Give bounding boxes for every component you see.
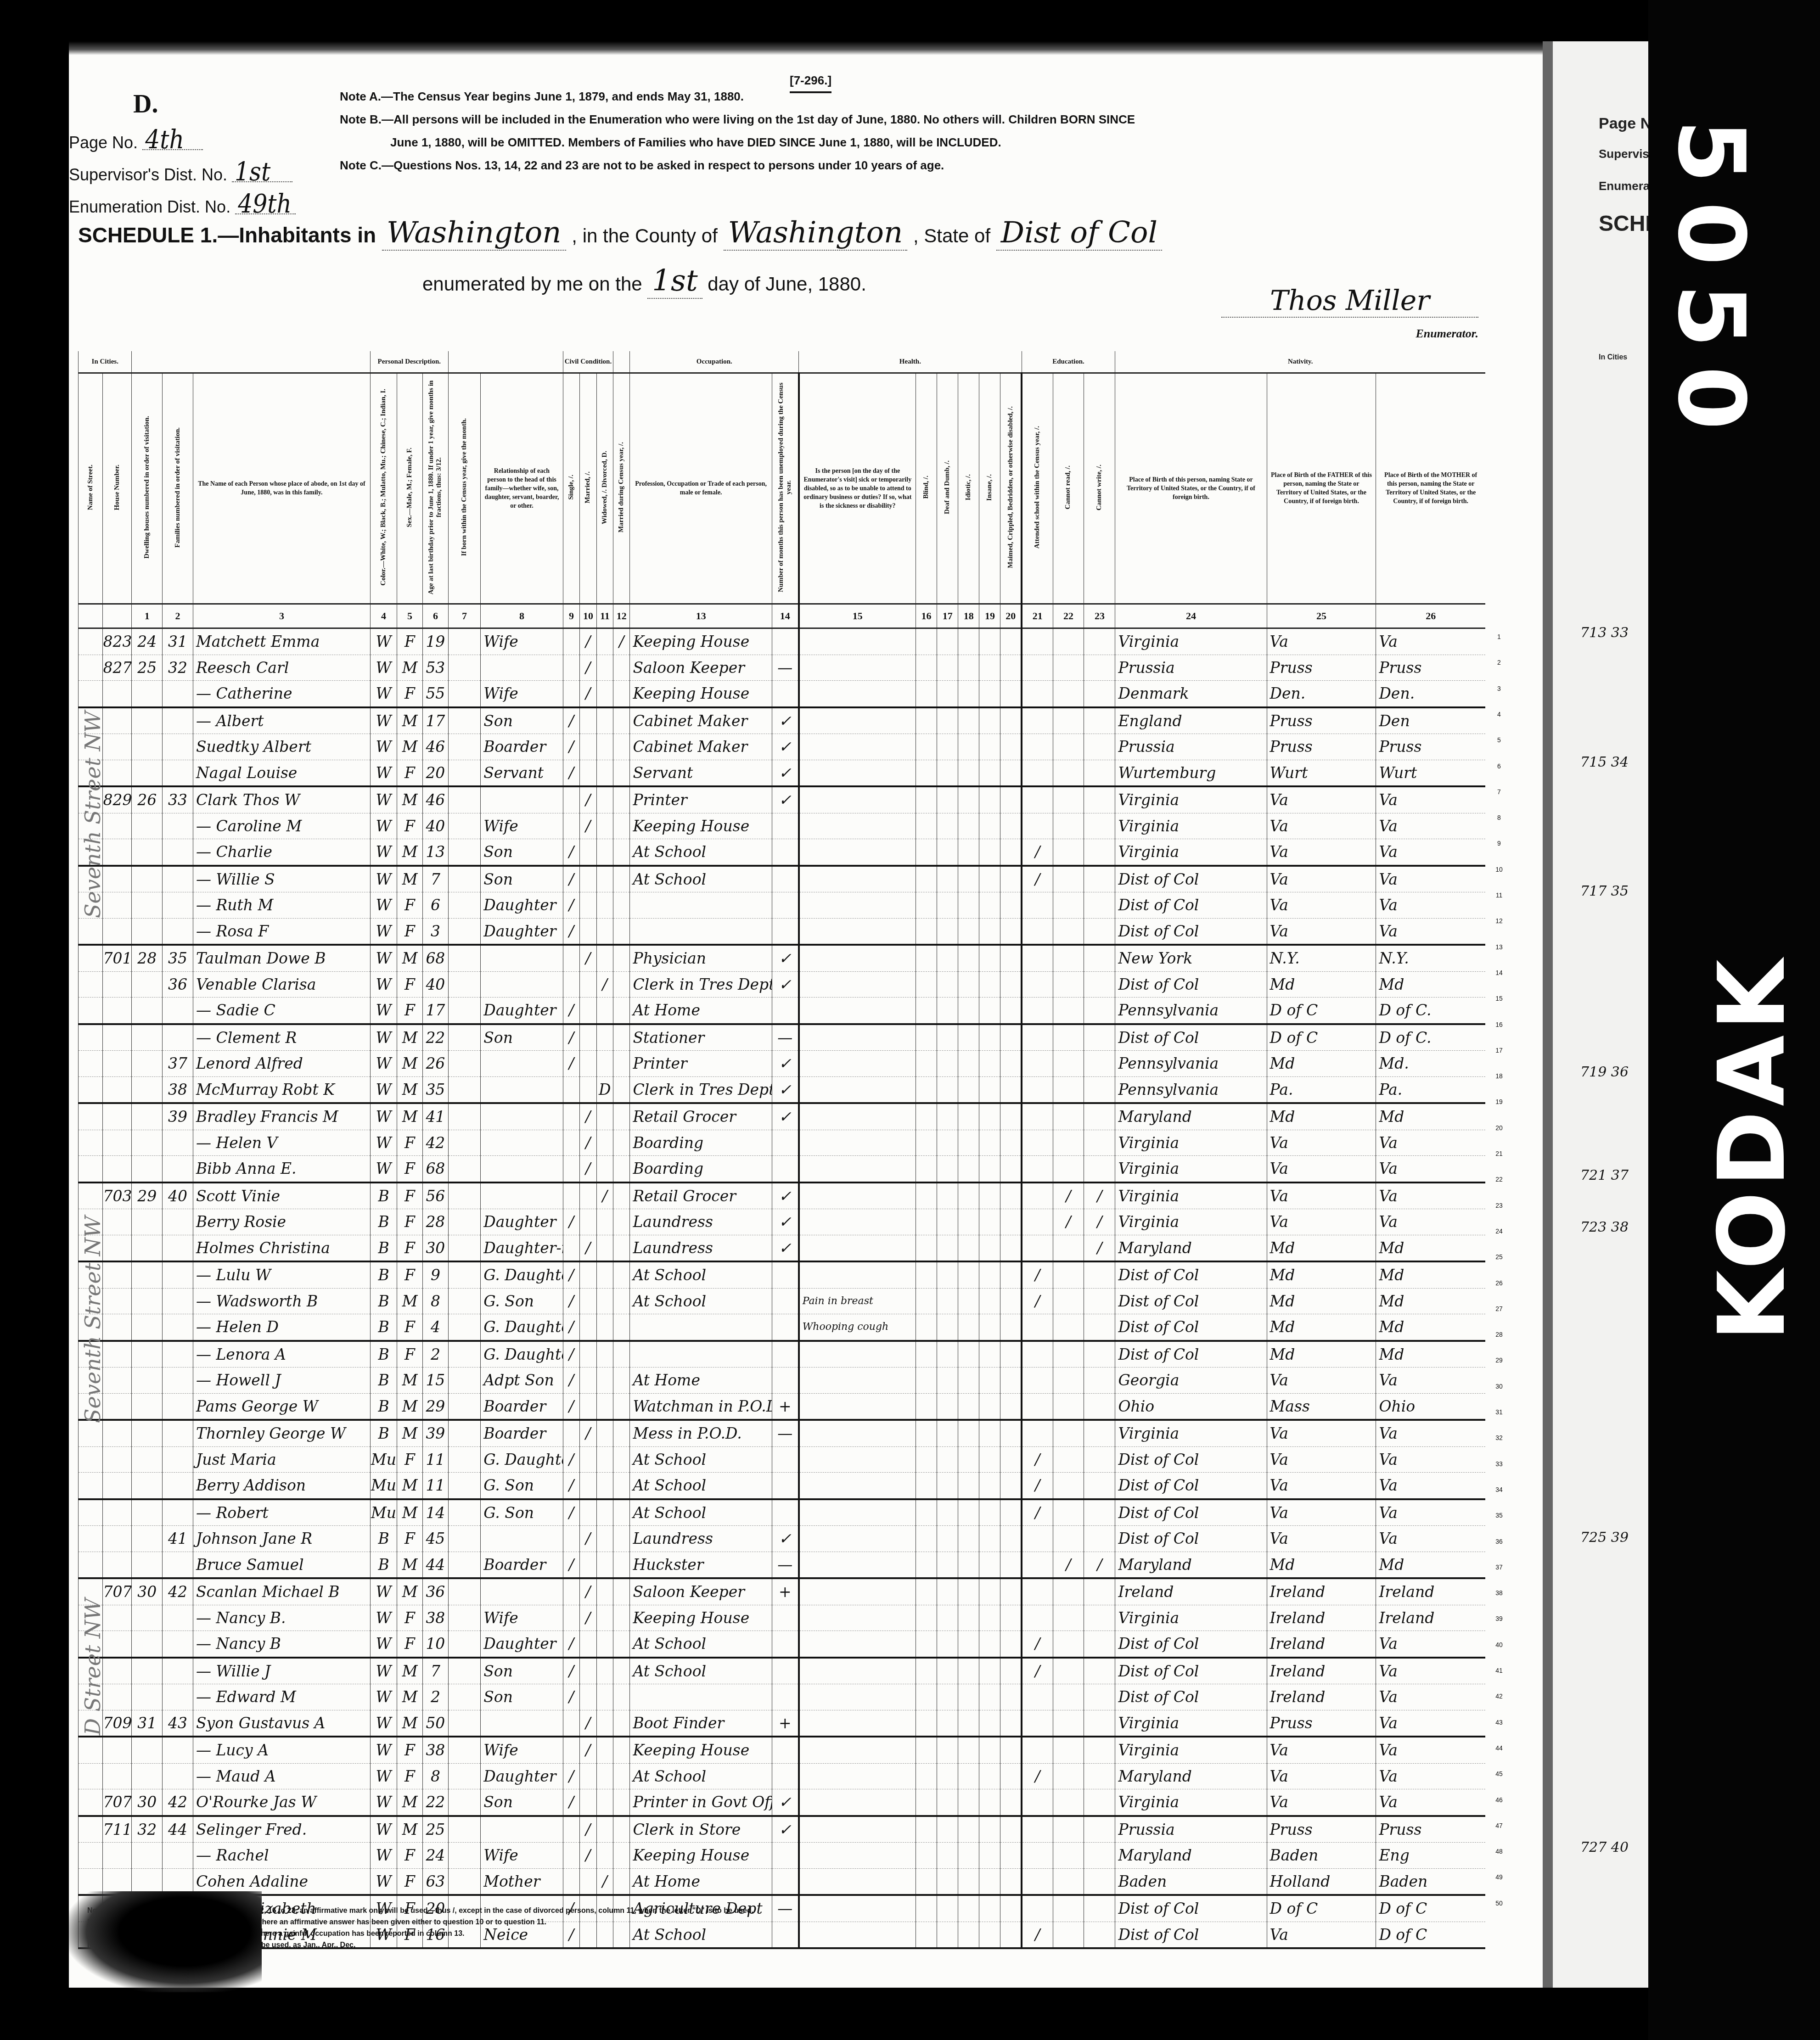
unemployed-cell: — — [772, 1420, 798, 1446]
header-occupation: Profession, Occupation or Trade of each … — [630, 373, 772, 604]
single-cell — [563, 945, 579, 971]
occupation-cell: Keeping House — [630, 1605, 772, 1631]
idiotic-cell — [958, 1710, 979, 1737]
deaf-cell — [937, 1552, 958, 1578]
father-birthplace-cell: Va — [1267, 1526, 1376, 1552]
deaf-cell — [937, 1420, 958, 1446]
cannot-write-cell — [1084, 1922, 1115, 1948]
deaf-cell — [937, 839, 958, 866]
birthplace-cell: Virginia — [1115, 1710, 1267, 1737]
cannot-read-cell — [1053, 1156, 1084, 1183]
mother-birthplace-cell: Wurt — [1376, 760, 1485, 786]
cannot-write-cell — [1084, 1341, 1115, 1367]
street-cell — [79, 1420, 103, 1446]
dwelling-cell — [132, 971, 163, 998]
color-cell: W — [370, 707, 397, 734]
name-cell: — Rachel — [193, 1843, 370, 1869]
married-year-cell — [613, 1024, 630, 1051]
enumeration-district-value: 49th — [235, 195, 296, 214]
family-cell — [163, 1156, 193, 1183]
cannot-write-cell — [1084, 1420, 1115, 1446]
note-a: Note A.—The Census Year begins June 1, 1… — [340, 85, 1442, 108]
maimed-cell — [1000, 1051, 1022, 1077]
maimed-cell — [1000, 1341, 1022, 1367]
married-cell — [580, 971, 596, 998]
occupation-cell: Laundress — [630, 1209, 772, 1235]
idiotic-cell — [958, 1288, 979, 1314]
dwelling-cell — [132, 813, 163, 839]
idiotic-cell — [958, 786, 979, 813]
color-cell: W — [370, 945, 397, 971]
name-cell: Selinger Fred. — [193, 1816, 370, 1843]
mother-birthplace-cell: D of C. — [1376, 998, 1485, 1024]
birthplace-cell: Dist of Col — [1115, 1499, 1267, 1526]
idiotic-cell — [958, 681, 979, 707]
group-civil-condition: Civil Condition. — [563, 351, 613, 373]
father-birthplace-cell: Md — [1267, 1051, 1376, 1077]
house-number-cell — [103, 1103, 132, 1130]
idiotic-cell — [958, 1526, 979, 1552]
occupation-cell: At School — [630, 1473, 772, 1499]
house-number-cell — [103, 998, 132, 1024]
idiotic-cell — [958, 1024, 979, 1051]
single-cell — [563, 1156, 579, 1183]
cannot-read-cell — [1053, 734, 1084, 760]
single-cell — [563, 1235, 579, 1261]
blind-cell — [916, 1658, 937, 1684]
enumerated-prefix: enumerated by me on the — [422, 273, 642, 295]
insane-cell — [979, 1868, 1000, 1895]
sickness-cell — [799, 1367, 916, 1394]
insane-cell — [979, 998, 1000, 1024]
birth-month-cell — [448, 813, 480, 839]
widowed-cell — [596, 1446, 613, 1473]
house-number-cell — [103, 1051, 132, 1077]
school-cell: / — [1022, 1261, 1053, 1288]
cannot-read-cell — [1053, 1235, 1084, 1261]
age-cell: 55 — [422, 681, 448, 707]
cannot-read-cell: / — [1053, 1209, 1084, 1235]
cannot-write-cell — [1084, 734, 1115, 760]
supervisor-district-value: 1st — [232, 163, 292, 182]
census-row: 7012835Taulman Dowe BWM68/Physician✓New … — [79, 945, 1486, 971]
school-cell: / — [1022, 1922, 1053, 1948]
married-cell — [580, 1499, 596, 1526]
single-cell — [563, 1868, 579, 1895]
house-number-cell — [103, 1499, 132, 1526]
deaf-cell — [937, 1526, 958, 1552]
maimed-cell — [1000, 1658, 1022, 1684]
maimed-cell — [1000, 1843, 1022, 1869]
married-cell: / — [580, 1605, 596, 1631]
unemployed-cell: + — [772, 1393, 798, 1420]
mother-birthplace-cell: D of C — [1376, 1922, 1485, 1948]
insane-cell — [979, 1684, 1000, 1710]
census-row: 7093143Syon Gustavus AWM50/Boot Finder+V… — [79, 1710, 1486, 1737]
group-blank-2 — [448, 351, 563, 373]
idiotic-cell — [958, 1183, 979, 1209]
cannot-read-cell — [1053, 1710, 1084, 1737]
idiotic-cell — [958, 1103, 979, 1130]
maimed-cell — [1000, 998, 1022, 1024]
married-cell — [580, 998, 596, 1024]
group-occupation: Occupation. — [630, 351, 799, 373]
film-roll-number: 5050 — [1657, 119, 1764, 448]
idiotic-cell — [958, 1420, 979, 1446]
sex-cell: F — [397, 1314, 423, 1341]
unemployed-cell — [772, 866, 798, 892]
father-birthplace-cell: D of C — [1267, 1024, 1376, 1051]
mother-birthplace-cell: Md. — [1376, 1051, 1485, 1077]
father-birthplace-cell: Pruss — [1267, 655, 1376, 681]
color-cell: W — [370, 1763, 397, 1789]
age-cell: 38 — [422, 1605, 448, 1631]
sickness-cell — [799, 971, 916, 998]
dwelling-cell: 25 — [132, 655, 163, 681]
name-cell: Pams George W — [193, 1393, 370, 1420]
idiotic-cell — [958, 998, 979, 1024]
birthplace-cell: Dist of Col — [1115, 892, 1267, 919]
house-number-cell — [103, 1552, 132, 1578]
name-cell: — Edward M — [193, 1684, 370, 1710]
deaf-cell — [937, 1393, 958, 1420]
sickness-cell — [799, 1552, 916, 1578]
married-cell — [580, 1341, 596, 1367]
married-cell — [580, 866, 596, 892]
sex-cell: F — [397, 760, 423, 786]
idiotic-cell — [958, 1261, 979, 1288]
married-year-cell — [613, 918, 630, 945]
relationship-cell: Daughter — [481, 918, 563, 945]
name-cell: Venable Clarisa — [193, 971, 370, 998]
occupation-cell: Clerk in Store — [630, 1816, 772, 1843]
occupation-cell: At Home — [630, 1367, 772, 1394]
school-cell — [1022, 1816, 1053, 1843]
father-birthplace-cell: Va — [1267, 1499, 1376, 1526]
blind-cell — [916, 1288, 937, 1314]
insane-cell — [979, 1789, 1000, 1816]
father-birthplace-cell: Baden — [1267, 1843, 1376, 1869]
sex-cell: M — [397, 839, 423, 866]
insane-cell — [979, 1420, 1000, 1446]
blind-cell — [916, 1684, 937, 1710]
house-number-cell — [103, 1605, 132, 1631]
margin-street-annotation-1: Seventh Street NW — [80, 643, 105, 918]
father-birthplace-cell: Md — [1267, 1314, 1376, 1341]
cannot-read-cell — [1053, 1789, 1084, 1816]
dwelling-cell — [132, 1684, 163, 1710]
sickness-cell — [799, 1024, 916, 1051]
blind-cell — [916, 1868, 937, 1895]
married-year-cell — [613, 1578, 630, 1605]
idiotic-cell — [958, 1789, 979, 1816]
deaf-cell — [937, 1367, 958, 1394]
color-cell: W — [370, 1578, 397, 1605]
census-row: — Willie SWM7Son/At School/Dist of ColVa… — [79, 866, 1486, 892]
row-number: 44 — [1490, 1744, 1508, 1752]
birthplace-cell: Pennsylvania — [1115, 1051, 1267, 1077]
sickness-cell: Whooping cough — [799, 1314, 916, 1341]
family-cell — [163, 839, 193, 866]
insane-cell — [979, 628, 1000, 655]
school-cell — [1022, 707, 1053, 734]
street-cell — [79, 1024, 103, 1051]
father-birthplace-cell: Md — [1267, 1103, 1376, 1130]
column-number: 21 — [1022, 604, 1053, 628]
mother-birthplace-cell: Md — [1376, 1552, 1485, 1578]
deaf-cell — [937, 707, 958, 734]
father-birthplace-cell: Va — [1267, 918, 1376, 945]
married-year-cell — [613, 1868, 630, 1895]
married-year-cell — [613, 1235, 630, 1261]
birth-month-cell — [448, 1209, 480, 1235]
mother-birthplace-cell: Ohio — [1376, 1393, 1485, 1420]
census-row: — Maud AWF8Daughter/At School/MarylandVa… — [79, 1763, 1486, 1789]
mother-birthplace-cell: Md — [1376, 1288, 1485, 1314]
occupation-cell: Keeping House — [630, 681, 772, 707]
cannot-write-cell — [1084, 1684, 1115, 1710]
column-number: 3 — [193, 604, 370, 628]
widowed-cell — [596, 1103, 613, 1130]
occupation-cell: Printer — [630, 1051, 772, 1077]
birth-month-cell — [448, 1341, 480, 1367]
dwelling-cell — [132, 1261, 163, 1288]
blind-cell — [916, 1446, 937, 1473]
deaf-cell — [937, 1868, 958, 1895]
birthplace-cell: Dist of Col — [1115, 1261, 1267, 1288]
insane-cell — [979, 1288, 1000, 1314]
sickness-cell — [799, 1658, 916, 1684]
birthplace-cell: Maryland — [1115, 1763, 1267, 1789]
school-cell — [1022, 681, 1053, 707]
mother-birthplace-cell: Va — [1376, 813, 1485, 839]
maimed-cell — [1000, 1710, 1022, 1737]
married-cell — [580, 1473, 596, 1499]
married-year-cell — [613, 786, 630, 813]
father-birthplace-cell: Md — [1267, 1341, 1376, 1367]
dwelling-cell — [132, 1051, 163, 1077]
age-cell: 46 — [422, 734, 448, 760]
blind-cell — [916, 1578, 937, 1605]
header-deaf-dumb: Deaf and Dumb, /. — [937, 373, 958, 604]
family-cell: 36 — [163, 971, 193, 998]
house-number-cell — [103, 1235, 132, 1261]
relationship-cell: Son — [481, 1684, 563, 1710]
father-birthplace-cell: Pa. — [1267, 1076, 1376, 1103]
occupation-cell — [630, 1684, 772, 1710]
relationship-cell: Wife — [481, 813, 563, 839]
maimed-cell — [1000, 1789, 1022, 1816]
single-cell — [563, 1183, 579, 1209]
sickness-cell — [799, 1156, 916, 1183]
occupation-cell: At School — [630, 1631, 772, 1658]
school-cell — [1022, 971, 1053, 998]
birth-month-cell — [448, 1789, 480, 1816]
insane-cell — [979, 1578, 1000, 1605]
maimed-cell — [1000, 1209, 1022, 1235]
occupation-cell: Keeping House — [630, 813, 772, 839]
family-cell — [163, 918, 193, 945]
color-cell: B — [370, 1183, 397, 1209]
school-cell — [1022, 892, 1053, 919]
dwelling-cell — [132, 918, 163, 945]
maimed-cell — [1000, 655, 1022, 681]
deaf-cell — [937, 1605, 958, 1631]
street-cell — [79, 1843, 103, 1869]
mother-birthplace-cell: Eng — [1376, 1843, 1485, 1869]
occupation-cell: Boot Finder — [630, 1710, 772, 1737]
birth-month-cell — [448, 1367, 480, 1394]
birthplace-cell: Maryland — [1115, 1552, 1267, 1578]
row-number: 11 — [1490, 891, 1508, 899]
dwelling-cell — [132, 1209, 163, 1235]
occupation-cell: At Home — [630, 998, 772, 1024]
census-row: Berry AddisonMuM11G. Son/At School/Dist … — [79, 1473, 1486, 1499]
column-number: 8 — [481, 604, 563, 628]
name-cell: — Lenora A — [193, 1341, 370, 1367]
age-cell: 17 — [422, 707, 448, 734]
sex-cell: F — [397, 1209, 423, 1235]
relationship-cell: G. Daughter — [481, 1446, 563, 1473]
blind-cell — [916, 1473, 937, 1499]
birth-month-cell — [448, 734, 480, 760]
idiotic-cell — [958, 1076, 979, 1103]
cannot-read-cell — [1053, 1499, 1084, 1526]
married-year-cell — [613, 1526, 630, 1552]
occupation-cell: Huckster — [630, 1552, 772, 1578]
dwelling-cell — [132, 1314, 163, 1341]
family-cell: 33 — [163, 786, 193, 813]
birthplace-cell: Virginia — [1115, 1789, 1267, 1816]
father-birthplace-cell: Va — [1267, 866, 1376, 892]
census-row: 7032940Scott VinieBF56/Retail Grocer✓//V… — [79, 1183, 1486, 1209]
birth-month-cell — [448, 760, 480, 786]
age-cell: 29 — [422, 1393, 448, 1420]
insane-cell — [979, 813, 1000, 839]
deaf-cell — [937, 1816, 958, 1843]
father-birthplace-cell: Va — [1267, 628, 1376, 655]
mother-birthplace-cell: Va — [1376, 1473, 1485, 1499]
cannot-write-cell — [1084, 918, 1115, 945]
insane-cell — [979, 1130, 1000, 1156]
cannot-write-cell — [1084, 1103, 1115, 1130]
school-cell: / — [1022, 1446, 1053, 1473]
single-cell: / — [563, 1051, 579, 1077]
idiotic-cell — [958, 1367, 979, 1394]
house-number-cell — [103, 1341, 132, 1367]
group-education: Education. — [1022, 351, 1115, 373]
row-number: 37 — [1490, 1564, 1508, 1571]
relationship-cell: Adpt Son — [481, 1367, 563, 1394]
father-birthplace-cell: Va — [1267, 1183, 1376, 1209]
school-cell — [1022, 655, 1053, 681]
unemployed-cell: — — [772, 1895, 798, 1922]
census-row: — Helen VWF42/BoardingVirginiaVaVa — [79, 1130, 1486, 1156]
father-birthplace-cell: Pruss — [1267, 1816, 1376, 1843]
dwelling-cell — [132, 707, 163, 734]
insane-cell — [979, 1156, 1000, 1183]
county-value: Washington — [724, 216, 908, 251]
dwelling-cell: 26 — [132, 786, 163, 813]
census-row: 7113244Selinger Fred.WM25/Clerk in Store… — [79, 1816, 1486, 1843]
deaf-cell — [937, 1261, 958, 1288]
cannot-read-cell — [1053, 1288, 1084, 1314]
relationship-cell: Boarder — [481, 734, 563, 760]
relationship-cell: Boarder — [481, 1393, 563, 1420]
married-year-cell — [613, 1843, 630, 1869]
blind-cell — [916, 1103, 937, 1130]
sickness-cell — [799, 1446, 916, 1473]
age-cell: 53 — [422, 655, 448, 681]
color-cell: B — [370, 1288, 397, 1314]
idiotic-cell — [958, 1499, 979, 1526]
unemployed-cell — [772, 1868, 798, 1895]
cannot-write-cell: / — [1084, 1235, 1115, 1261]
column-number: 18 — [958, 604, 979, 628]
birth-month-cell — [448, 945, 480, 971]
name-cell: — Maud A — [193, 1763, 370, 1789]
unemployed-cell: ✓ — [772, 1183, 798, 1209]
house-number-cell: 707 — [103, 1578, 132, 1605]
house-number-cell — [103, 1261, 132, 1288]
insane-cell — [979, 1183, 1000, 1209]
name-cell: — Nancy B — [193, 1631, 370, 1658]
relationship-cell: Mother — [481, 1868, 563, 1895]
father-birthplace-cell: Md — [1267, 971, 1376, 998]
maimed-cell — [1000, 1552, 1022, 1578]
birth-month-cell — [448, 1737, 480, 1763]
row-number: 28 — [1490, 1331, 1508, 1338]
idiotic-cell — [958, 1605, 979, 1631]
insane-cell — [979, 1076, 1000, 1103]
page-number-label: Page No. — [69, 133, 138, 152]
family-cell — [163, 1605, 193, 1631]
name-cell: Bradley Francis M — [193, 1103, 370, 1130]
header-father-birthplace: Place of Birth of the FATHER of this per… — [1267, 373, 1376, 604]
name-cell: — Helen V — [193, 1130, 370, 1156]
school-cell — [1022, 1684, 1053, 1710]
maimed-cell — [1000, 681, 1022, 707]
sickness-cell — [799, 1393, 916, 1420]
widowed-cell — [596, 1710, 613, 1737]
family-cell — [163, 1341, 193, 1367]
married-cell: / — [580, 1420, 596, 1446]
occupation-cell: Mess in P.O.D. — [630, 1420, 772, 1446]
family-cell — [163, 1367, 193, 1394]
family-cell — [163, 1393, 193, 1420]
row-number: 48 — [1490, 1848, 1508, 1855]
insane-cell — [979, 892, 1000, 919]
birthplace-cell: Dist of Col — [1115, 1895, 1267, 1922]
name-cell: — Albert — [193, 707, 370, 734]
relationship-cell: Son — [481, 866, 563, 892]
color-cell: W — [370, 998, 397, 1024]
school-cell — [1022, 813, 1053, 839]
married-year-cell — [613, 1051, 630, 1077]
idiotic-cell — [958, 1658, 979, 1684]
single-cell — [563, 1816, 579, 1843]
cannot-write-cell — [1084, 1130, 1115, 1156]
family-cell: 35 — [163, 945, 193, 971]
margin-street-annotation-2: Seventh Street NW — [80, 1102, 105, 1423]
age-cell: 25 — [422, 1816, 448, 1843]
deaf-cell — [937, 1051, 958, 1077]
census-row: — Lucy AWF38Wife/Keeping HouseVirginiaVa… — [79, 1737, 1486, 1763]
dwelling-cell — [132, 839, 163, 866]
census-row: — Wadsworth BBM8G. Son/At SchoolPain in … — [79, 1288, 1486, 1314]
occupation-cell: At School — [630, 1446, 772, 1473]
insane-cell — [979, 1473, 1000, 1499]
